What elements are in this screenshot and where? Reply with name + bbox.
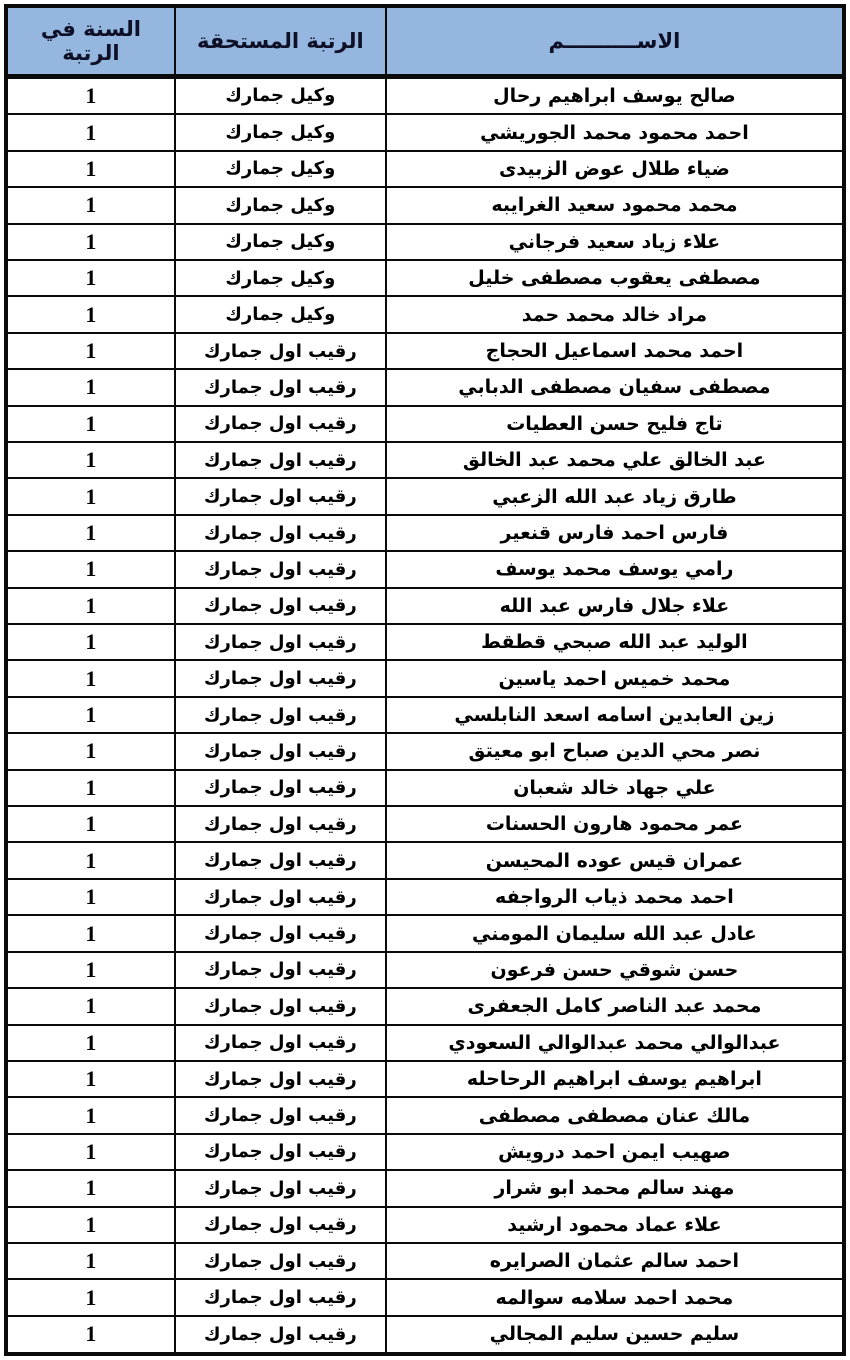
table-row: عادل عبد الله سليمان المومنيرقيب اول جما… xyxy=(6,915,844,951)
year-cell: 1 xyxy=(6,988,175,1024)
rank-cell: رقيب اول جمارك xyxy=(175,333,386,369)
rank-cell: وكيل جمارك xyxy=(175,260,386,296)
year-cell: 1 xyxy=(6,1025,175,1061)
table-row: احمد سالم عثمان الصرايرهرقيب اول جمارك1 xyxy=(6,1243,844,1279)
name-cell: عبد الخالق علي محمد عبد الخالق xyxy=(386,442,844,478)
name-cell: مهند سالم محمد ابو شرار xyxy=(386,1170,844,1206)
table-row: سليم حسين سليم المجاليرقيب اول جمارك1 xyxy=(6,1316,844,1354)
rank-cell: رقيب اول جمارك xyxy=(175,660,386,696)
table-row: زين العابدين اسامه اسعد النابلسيرقيب اول… xyxy=(6,697,844,733)
name-cell: محمد احمد سلامه سوالمه xyxy=(386,1279,844,1315)
rank-cell: رقيب اول جمارك xyxy=(175,551,386,587)
header-name: الاســــــــــم xyxy=(386,6,844,76)
rank-cell: رقيب اول جمارك xyxy=(175,952,386,988)
year-cell: 1 xyxy=(6,151,175,187)
rank-cell: وكيل جمارك xyxy=(175,76,386,114)
name-cell: ضياء طلال عوض الزبيدى xyxy=(386,151,844,187)
rank-cell: رقيب اول جمارك xyxy=(175,988,386,1024)
table-row: حسن شوقي حسن فرعونرقيب اول جمارك1 xyxy=(6,952,844,988)
table-row: عمران قيس عوده المحيسنرقيب اول جمارك1 xyxy=(6,842,844,878)
table-row: محمد خميس احمد ياسينرقيب اول جمارك1 xyxy=(6,660,844,696)
name-cell: صهيب ايمن احمد درويش xyxy=(386,1134,844,1170)
name-cell: مصطفى سفيان مصطفى الدبابي xyxy=(386,369,844,405)
rank-cell: رقيب اول جمارك xyxy=(175,1061,386,1097)
year-cell: 1 xyxy=(6,515,175,551)
year-cell: 1 xyxy=(6,1097,175,1133)
year-cell: 1 xyxy=(6,1170,175,1206)
rank-cell: رقيب اول جمارك xyxy=(175,1170,386,1206)
year-cell: 1 xyxy=(6,187,175,223)
rank-cell: رقيب اول جمارك xyxy=(175,1279,386,1315)
name-cell: سليم حسين سليم المجالي xyxy=(386,1316,844,1354)
table-row: عبد الخالق علي محمد عبد الخالقرقيب اول ج… xyxy=(6,442,844,478)
table-row: احمد محمد ذياب الرواجفهرقيب اول جمارك1 xyxy=(6,879,844,915)
rank-cell: رقيب اول جمارك xyxy=(175,369,386,405)
table-row: عبدالوالي محمد عبدالوالي السعوديرقيب اول… xyxy=(6,1025,844,1061)
header-rank: الرتبة المستحقة xyxy=(175,6,386,76)
rank-cell: وكيل جمارك xyxy=(175,151,386,187)
year-cell: 1 xyxy=(6,733,175,769)
rank-cell: رقيب اول جمارك xyxy=(175,879,386,915)
table-row: طارق زياد عبد الله الزعبيرقيب اول جمارك1 xyxy=(6,478,844,514)
table-row: فارس احمد فارس قنعيررقيب اول جمارك1 xyxy=(6,515,844,551)
year-cell: 1 xyxy=(6,551,175,587)
name-cell: عبدالوالي محمد عبدالوالي السعودي xyxy=(386,1025,844,1061)
rank-cell: رقيب اول جمارك xyxy=(175,697,386,733)
document-page: الاســــــــــم الرتبة المستحقة السنة في… xyxy=(0,0,850,1360)
table-row: علاء زياد سعيد فرجانيوكيل جمارك1 xyxy=(6,224,844,260)
year-cell: 1 xyxy=(6,114,175,150)
rank-cell: رقيب اول جمارك xyxy=(175,1097,386,1133)
rank-cell: رقيب اول جمارك xyxy=(175,733,386,769)
rank-cell: رقيب اول جمارك xyxy=(175,515,386,551)
table-row: ابراهيم يوسف ابراهيم الرحاحلهرقيب اول جم… xyxy=(6,1061,844,1097)
rank-cell: رقيب اول جمارك xyxy=(175,915,386,951)
table-row: مهند سالم محمد ابو شراررقيب اول جمارك1 xyxy=(6,1170,844,1206)
name-cell: عادل عبد الله سليمان المومني xyxy=(386,915,844,951)
year-cell: 1 xyxy=(6,770,175,806)
table-row: صهيب ايمن احمد درويشرقيب اول جمارك1 xyxy=(6,1134,844,1170)
year-cell: 1 xyxy=(6,333,175,369)
year-cell: 1 xyxy=(6,806,175,842)
name-cell: احمد محمود محمد الجوريشي xyxy=(386,114,844,150)
table-row: رامي يوسف محمد يوسفرقيب اول جمارك1 xyxy=(6,551,844,587)
rank-cell: رقيب اول جمارك xyxy=(175,1134,386,1170)
year-cell: 1 xyxy=(6,1279,175,1315)
year-cell: 1 xyxy=(6,660,175,696)
table-row: محمد عبد الناصر كامل الجعفرىرقيب اول جما… xyxy=(6,988,844,1024)
table-row: علاء عماد محمود ارشيدرقيب اول جمارك1 xyxy=(6,1207,844,1243)
table-row: علاء جلال فارس عبد اللهرقيب اول جمارك1 xyxy=(6,588,844,624)
name-cell: عمر محمود هارون الحسنات xyxy=(386,806,844,842)
year-cell: 1 xyxy=(6,369,175,405)
rank-cell: رقيب اول جمارك xyxy=(175,806,386,842)
name-cell: مصطفى يعقوب مصطفى خليل xyxy=(386,260,844,296)
table-row: الوليد عبد الله صبحي قطقطرقيب اول جمارك1 xyxy=(6,624,844,660)
rank-cell: رقيب اول جمارك xyxy=(175,770,386,806)
rank-cell: وكيل جمارك xyxy=(175,114,386,150)
name-cell: عمران قيس عوده المحيسن xyxy=(386,842,844,878)
name-cell: فارس احمد فارس قنعير xyxy=(386,515,844,551)
year-cell: 1 xyxy=(6,260,175,296)
rank-cell: رقيب اول جمارك xyxy=(175,1243,386,1279)
table-body: صالح يوسف ابراهيم رحالوكيل جمارك1احمد مح… xyxy=(6,76,844,1354)
rank-cell: رقيب اول جمارك xyxy=(175,478,386,514)
promotion-table: الاســــــــــم الرتبة المستحقة السنة في… xyxy=(4,4,846,1356)
table-row: عمر محمود هارون الحسناترقيب اول جمارك1 xyxy=(6,806,844,842)
rank-cell: رقيب اول جمارك xyxy=(175,842,386,878)
year-cell: 1 xyxy=(6,296,175,332)
rank-cell: رقيب اول جمارك xyxy=(175,1025,386,1061)
name-cell: الوليد عبد الله صبحي قطقط xyxy=(386,624,844,660)
rank-cell: رقيب اول جمارك xyxy=(175,406,386,442)
name-cell: احمد محمد اسماعيل الحجاج xyxy=(386,333,844,369)
year-cell: 1 xyxy=(6,76,175,114)
rank-cell: رقيب اول جمارك xyxy=(175,588,386,624)
name-cell: علي جهاد خالد شعبان xyxy=(386,770,844,806)
name-cell: زين العابدين اسامه اسعد النابلسي xyxy=(386,697,844,733)
rank-cell: رقيب اول جمارك xyxy=(175,624,386,660)
name-cell: محمد محمود سعيد الغرايبه xyxy=(386,187,844,223)
name-cell: احمد محمد ذياب الرواجفه xyxy=(386,879,844,915)
table-row: احمد محمود محمد الجوريشيوكيل جمارك1 xyxy=(6,114,844,150)
rank-cell: وكيل جمارك xyxy=(175,224,386,260)
year-cell: 1 xyxy=(6,1134,175,1170)
name-cell: علاء جلال فارس عبد الله xyxy=(386,588,844,624)
table-row: مالك عنان مصطفى مصطفىرقيب اول جمارك1 xyxy=(6,1097,844,1133)
name-cell: مالك عنان مصطفى مصطفى xyxy=(386,1097,844,1133)
name-cell: محمد خميس احمد ياسين xyxy=(386,660,844,696)
year-cell: 1 xyxy=(6,1243,175,1279)
rank-cell: رقيب اول جمارك xyxy=(175,1316,386,1354)
name-cell: علاء زياد سعيد فرجاني xyxy=(386,224,844,260)
table-row: صالح يوسف ابراهيم رحالوكيل جمارك1 xyxy=(6,76,844,114)
name-cell: حسن شوقي حسن فرعون xyxy=(386,952,844,988)
table-row: علي جهاد خالد شعبانرقيب اول جمارك1 xyxy=(6,770,844,806)
year-cell: 1 xyxy=(6,915,175,951)
table-row: نصر محي الدين صباح ابو معيتقرقيب اول جما… xyxy=(6,733,844,769)
rank-cell: رقيب اول جمارك xyxy=(175,442,386,478)
table-row: احمد محمد اسماعيل الحجاجرقيب اول جمارك1 xyxy=(6,333,844,369)
table-row: مصطفى يعقوب مصطفى خليلوكيل جمارك1 xyxy=(6,260,844,296)
table-row: محمد محمود سعيد الغرايبهوكيل جمارك1 xyxy=(6,187,844,223)
name-cell: صالح يوسف ابراهيم رحال xyxy=(386,76,844,114)
header-row: الاســــــــــم الرتبة المستحقة السنة في… xyxy=(6,6,844,76)
year-cell: 1 xyxy=(6,224,175,260)
table-row: تاج فليح حسن العطياترقيب اول جمارك1 xyxy=(6,406,844,442)
table-row: محمد احمد سلامه سوالمهرقيب اول جمارك1 xyxy=(6,1279,844,1315)
year-cell: 1 xyxy=(6,1207,175,1243)
header-year: السنة في الرتبة xyxy=(6,6,175,76)
table-row: مصطفى سفيان مصطفى الدبابيرقيب اول جمارك1 xyxy=(6,369,844,405)
name-cell: رامي يوسف محمد يوسف xyxy=(386,551,844,587)
year-cell: 1 xyxy=(6,442,175,478)
name-cell: تاج فليح حسن العطيات xyxy=(386,406,844,442)
year-cell: 1 xyxy=(6,952,175,988)
year-cell: 1 xyxy=(6,697,175,733)
rank-cell: رقيب اول جمارك xyxy=(175,1207,386,1243)
name-cell: ابراهيم يوسف ابراهيم الرحاحله xyxy=(386,1061,844,1097)
year-cell: 1 xyxy=(6,478,175,514)
name-cell: علاء عماد محمود ارشيد xyxy=(386,1207,844,1243)
name-cell: محمد عبد الناصر كامل الجعفرى xyxy=(386,988,844,1024)
table-row: مراد خالد محمد حمدوكيل جمارك1 xyxy=(6,296,844,332)
table-row: ضياء طلال عوض الزبيدىوكيل جمارك1 xyxy=(6,151,844,187)
year-cell: 1 xyxy=(6,879,175,915)
year-cell: 1 xyxy=(6,842,175,878)
name-cell: مراد خالد محمد حمد xyxy=(386,296,844,332)
year-cell: 1 xyxy=(6,406,175,442)
year-cell: 1 xyxy=(6,588,175,624)
table-header: الاســــــــــم الرتبة المستحقة السنة في… xyxy=(6,6,844,76)
year-cell: 1 xyxy=(6,624,175,660)
year-cell: 1 xyxy=(6,1061,175,1097)
year-cell: 1 xyxy=(6,1316,175,1354)
name-cell: احمد سالم عثمان الصرايره xyxy=(386,1243,844,1279)
rank-cell: وكيل جمارك xyxy=(175,296,386,332)
rank-cell: وكيل جمارك xyxy=(175,187,386,223)
name-cell: نصر محي الدين صباح ابو معيتق xyxy=(386,733,844,769)
name-cell: طارق زياد عبد الله الزعبي xyxy=(386,478,844,514)
